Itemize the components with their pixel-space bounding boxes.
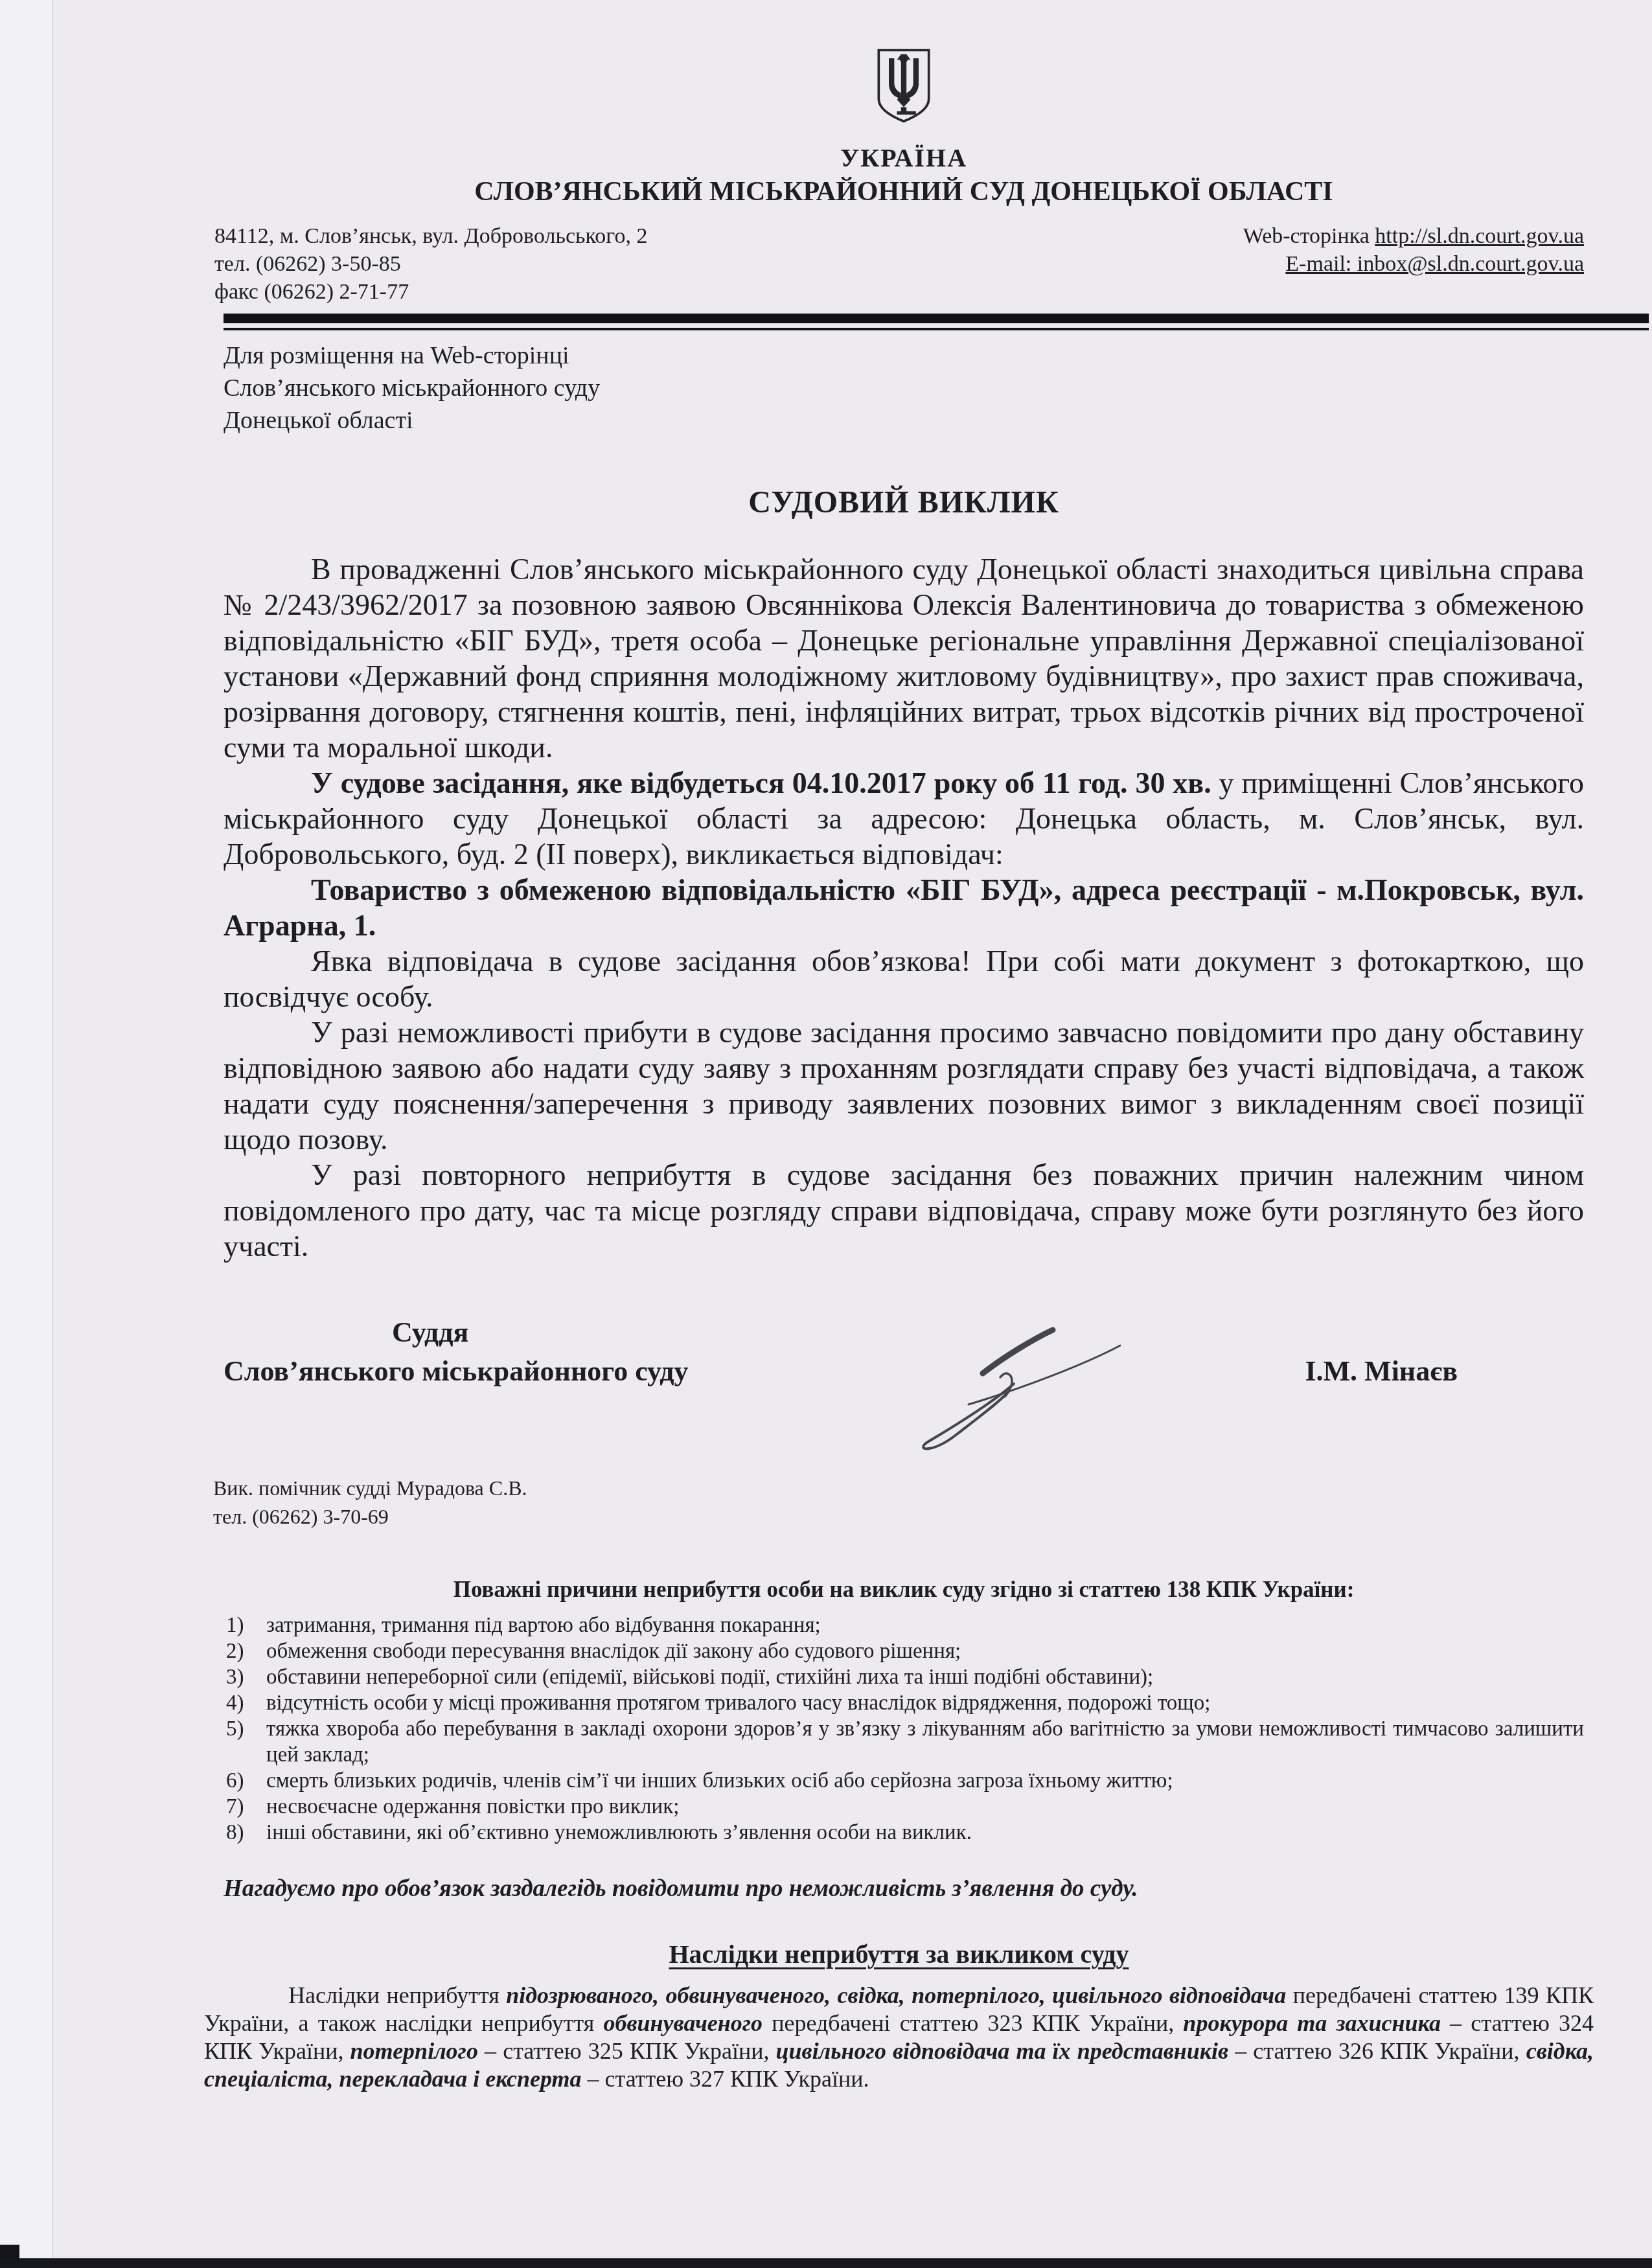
valid-reasons-list: 1)затримання, тримання під вартою або ві… <box>224 1612 1584 1846</box>
list-item-text: відсутність особи у місці проживання про… <box>266 1690 1584 1716</box>
body-paragraph-attendance: Явка відповідача в судове засідання обов… <box>224 943 1584 1014</box>
valid-reasons-section: Поважні причини неприбуття особи на викл… <box>224 1576 1584 1846</box>
list-item: 3)обставини непереборної сили (епідемії,… <box>224 1664 1584 1690</box>
divider-thick-rule <box>224 314 1649 323</box>
court-fax-line: факс (06262) 2-71-77 <box>214 278 647 306</box>
judge-label: Суддя <box>392 1316 468 1349</box>
list-item: 6)смерть близьких родичів, членів сім’ї … <box>224 1768 1584 1794</box>
court-address-line: 84112, м. Слов’янськ, вул. Добровольсько… <box>214 222 647 250</box>
list-item-number: 2) <box>224 1638 266 1664</box>
signature-icon <box>871 1300 1163 1484</box>
list-item-number: 7) <box>224 1794 266 1820</box>
hearing-datetime: У судове засідання, яке відбудеться 04.1… <box>311 766 1211 799</box>
court-website-line: Web-сторінка http://sl.dn.court.gov.ua <box>1243 222 1584 250</box>
website-url: http://sl.dn.court.gov.ua <box>1375 224 1584 248</box>
posting-note-line: Для розміщення на Web-сторінці <box>224 339 1584 372</box>
court-name: СЛОВ’ЯНСЬКИЙ МІСЬКРАЙОННИЙ СУД ДОНЕЦЬКОЇ… <box>224 176 1584 208</box>
body-paragraph-defendant: Товариство з обмеженою відповідальністю … <box>224 872 1584 943</box>
consequences-heading: Наслідки неприбуття за викликом суду <box>204 1939 1594 1970</box>
valid-reasons-heading: Поважні причини неприбуття особи на викл… <box>224 1576 1584 1603</box>
text-run: – статтею 326 КПК України, <box>1228 2038 1526 2064</box>
list-item-text: тяжка хвороба або перебування в закладі … <box>266 1716 1584 1768</box>
text-run: – статтею 327 КПК України. <box>582 2066 869 2092</box>
body-paragraph-hearing: У судове засідання, яке відбудеться 04.1… <box>224 765 1584 872</box>
ukraine-trident-icon <box>874 38 934 139</box>
header-divider <box>224 314 1649 330</box>
scanned-court-summons: УКРАЇНА СЛОВ’ЯНСЬКИЙ МІСЬКРАЙОННИЙ СУД Д… <box>0 0 1652 2268</box>
list-item-number: 4) <box>224 1690 266 1716</box>
posting-note-line: Слов’янського міськрайонного суду <box>224 372 1584 404</box>
list-item: 2)обмеження свободи пересування внаслідо… <box>224 1638 1584 1664</box>
court-contact-row: 84112, м. Слов’янськ, вул. Добровольсько… <box>224 222 1584 306</box>
judge-name: І.М. Мінаєв <box>1305 1355 1458 1388</box>
list-item: 7)несвоєчасне одержання повістки про вик… <box>224 1794 1584 1820</box>
judge-court: Слов’янського міськрайонного суду <box>224 1355 689 1388</box>
document-header: УКРАЇНА СЛОВ’ЯНСЬКИЙ МІСЬКРАЙОННИЙ СУД Д… <box>224 0 1584 208</box>
list-item-number: 1) <box>224 1612 266 1638</box>
body-paragraph-repeat-absence: У разі повторного неприбуття в судове за… <box>224 1157 1584 1264</box>
list-item-text: обставини непереборної сили (епідемії, в… <box>266 1664 1584 1690</box>
text-run: потерпілого <box>350 2038 478 2064</box>
posting-note-line: Донецької області <box>224 404 1584 437</box>
signature-block: Суддя Слов’янського міськрайонного суду … <box>224 1316 1584 1471</box>
website-label: Web-сторінка <box>1243 224 1375 248</box>
body-paragraph-inability: У разі неможливості прибути в судове зас… <box>224 1014 1584 1157</box>
consequences-section: Наслідки неприбуття за викликом суду Нас… <box>204 1939 1594 2093</box>
clerk-phone-line: тел. (06262) 3-70-69 <box>213 1502 1584 1531</box>
list-item-text: несвоєчасне одержання повістки про викли… <box>266 1794 1584 1820</box>
text-run: цивільного відповідача та їх представник… <box>776 2038 1229 2064</box>
court-address-block: 84112, м. Слов’янськ, вул. Добровольсько… <box>214 222 647 306</box>
document-title: СУДОВИЙ ВИКЛИК <box>224 485 1584 520</box>
consequences-paragraph: Наслідки неприбуття підозрюваного, обвин… <box>204 1982 1594 2093</box>
list-item-text: обмеження свободи пересування внаслідок … <box>266 1638 1584 1664</box>
court-email-line: E-mail: inbox@sl.dn.court.gov.ua <box>1243 250 1584 278</box>
country-name: УКРАЇНА <box>224 143 1584 173</box>
list-item: 1)затримання, тримання під вартою або ві… <box>224 1612 1584 1638</box>
reminder-note: Нагадуємо про обов’язок заздалегідь пові… <box>224 1874 1584 1904</box>
posting-note: Для розміщення на Web-сторінці Слов’янсь… <box>224 339 1584 437</box>
text-run: передбачені статтею 323 КПК України, <box>763 2010 1183 2036</box>
list-item: 4)відсутність особи у місці проживання п… <box>224 1690 1584 1716</box>
scan-edge-artifact <box>0 2258 1652 2268</box>
document-body: В провадженні Слов’янського міськрайонно… <box>224 551 1584 1264</box>
document-content: УКРАЇНА СЛОВ’ЯНСЬКИЙ МІСЬКРАЙОННИЙ СУД Д… <box>224 0 1584 2093</box>
court-phone-line: тел. (06262) 3-50-85 <box>214 250 647 278</box>
text-run: обвинуваченого <box>604 2010 763 2036</box>
list-item-text: смерть близьких родичів, членів сім’ї чи… <box>266 1768 1584 1794</box>
list-item: 8)інші обставини, які об’єктивно унеможл… <box>224 1820 1584 1846</box>
list-item-number: 5) <box>224 1716 266 1768</box>
list-item-number: 6) <box>224 1768 266 1794</box>
list-item-text: інші обставини, які об’єктивно унеможлив… <box>266 1820 1584 1846</box>
list-item: 5)тяжка хвороба або перебування в заклад… <box>224 1716 1584 1768</box>
text-run: Наслідки неприбуття <box>288 1982 506 2008</box>
list-item-number: 3) <box>224 1664 266 1690</box>
email-value: E-mail: inbox@sl.dn.court.gov.ua <box>1285 252 1584 276</box>
body-paragraph-case: В провадженні Слов’янського міськрайонно… <box>224 551 1584 765</box>
list-item-number: 8) <box>224 1820 266 1846</box>
text-run: підозрюваного, обвинуваченого, свідка, п… <box>506 1982 1286 2008</box>
court-web-block: Web-сторінка http://sl.dn.court.gov.ua E… <box>1243 222 1584 306</box>
text-run: – статтею 325 КПК України, <box>478 2038 776 2064</box>
text-run: прокурора та захисника <box>1183 2010 1441 2036</box>
list-item-text: затримання, тримання під вартою або відб… <box>266 1612 1584 1638</box>
divider-thin-rule <box>224 328 1649 330</box>
